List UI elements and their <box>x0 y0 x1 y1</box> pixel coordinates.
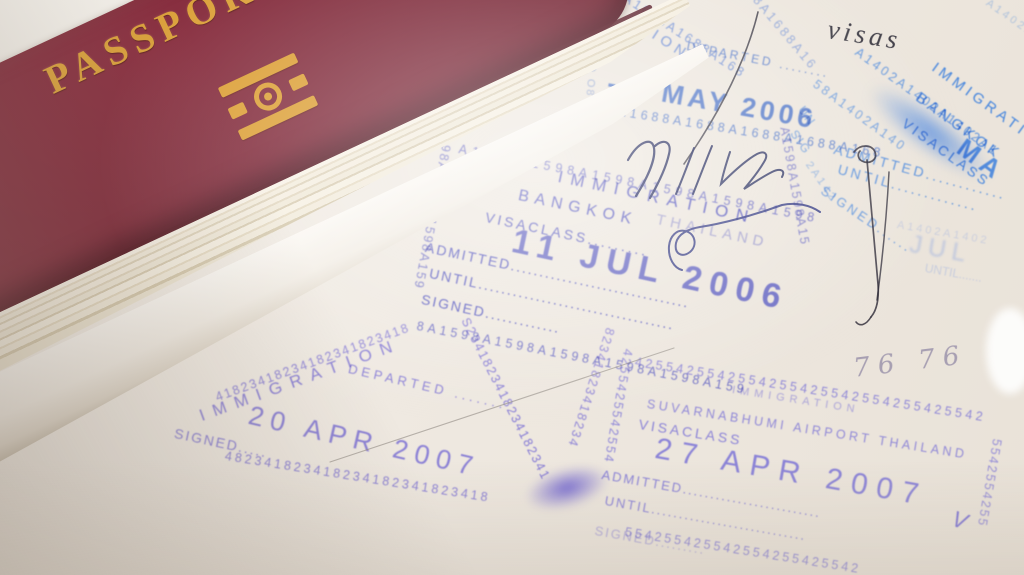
chip-right-bar <box>288 73 308 91</box>
chip-left-bar <box>227 102 247 120</box>
paper-glare-blob <box>986 308 1024 394</box>
epassport-chip-icon <box>218 52 319 140</box>
passport-visa-photo: visas DEPARTED ........ - 5 MAY 2006 88A… <box>0 0 1024 575</box>
